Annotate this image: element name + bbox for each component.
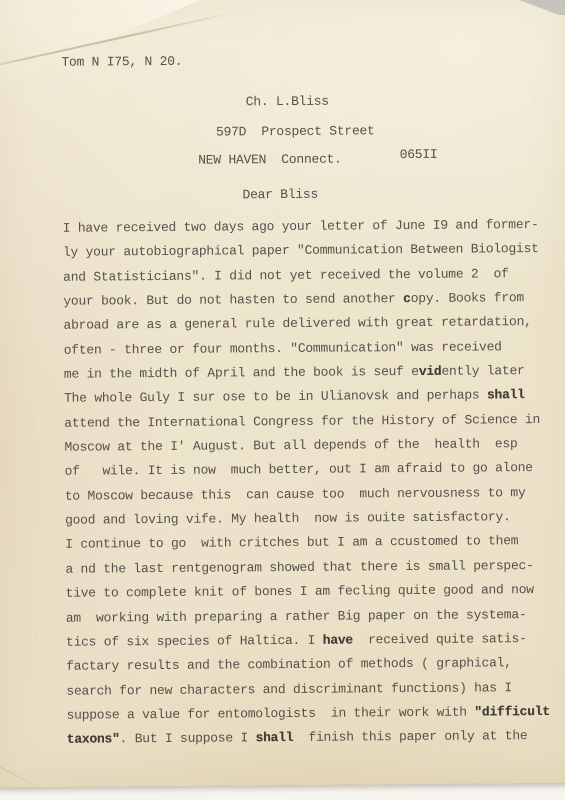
letter-line-segment: your book. But do not hasten to send ano… [63,291,403,309]
letter-line: I continue to go with critches but I am … [65,529,565,557]
letter-line-segment: suppose a value for entomologists in the… [67,704,475,722]
letter-line-segment: often - three or four months. "Communica… [64,339,502,357]
recipient-zip: 065II [400,147,438,162]
letter-line: ly your autobiographical paper "Communic… [63,237,563,265]
letter-line-segment: . But I suppose I [120,730,256,746]
letter-line-segment: a nd the last rentgenogram showed that t… [65,558,533,577]
letter-line-segment: am working with preparing a rather Big p… [66,607,527,626]
letter-line-segment: to Moscow because this can cause too muc… [65,485,526,504]
letter-line: The whole Guly I sur ose to be in Uliano… [64,383,564,411]
letter-line-segment: tive to complete knit of bones I am fecl… [66,582,534,601]
letter-line-segment: The whole Guly I sur ose to be in Uliano… [64,388,487,406]
letter-line: am working with preparing a rather Big p… [66,602,565,630]
letter-line: taxons". But I suppose I shall finish th… [67,724,565,752]
letter-line-heavy-segment: taxons" [67,732,120,747]
letter-line: abroad are as a general rule delivered w… [63,310,563,338]
letter-line-heavy-segment: have [323,632,353,647]
letter-line-heavy-segment: "difficult [474,704,550,720]
letter-line-segment: received quite satis- [353,631,527,647]
letter-line-segment: finish this paper only at the [293,728,527,745]
letter-line: factary results and the combination of m… [66,651,565,679]
recipient-city-line: NEW HAVEN Connect.065II [198,151,437,168]
scanned-letter-page: Tom N I75, N 20. Ch. L.Bliss 597D Prospe… [0,0,565,800]
letter-line: search for new characters and discrimina… [66,675,565,703]
salutation: Dear Bliss [242,187,318,203]
recipient-street: 597D Prospect Street [216,123,375,139]
letter-body: I have received two days ago your letter… [63,213,565,752]
letter-line-segment: I continue to go with critches but I am … [65,534,518,553]
letter-line-heavy-segment: vid [419,364,442,379]
letter-line-segment: Moscow at the I' August. But all depends… [64,436,517,455]
letter-line-segment: search for new characters and discrimina… [66,680,512,698]
letter-line: of wile. It is now much better, out I am… [65,456,565,484]
recipient-city: NEW HAVEN Connect. [198,152,342,168]
letter-line-segment: I have received two days ago your letter… [63,217,539,236]
letter-line-heavy-segment: shall [255,730,293,745]
letter-line-segment: ly your autobiographical paper "Communic… [63,241,539,260]
letter-line-segment: me in the midth of April and the book is… [64,364,419,382]
letter-line: tive to complete knit of bones I am fecl… [66,578,565,606]
letter-line-segment: attend the International Congress for th… [64,412,540,431]
letter-line-segment: of wile. It is now much better, out I am… [65,460,533,479]
reference-line: Tom N I75, N 20. [61,54,182,70]
letter-line-segment: abroad are as a general rule delivered w… [63,314,531,333]
letter-line-heavy-segment: shall [487,388,525,403]
letter-line-segment: and Statisticians". I did not yet receiv… [63,266,509,284]
letter-line-segment: opy. Books from [411,290,524,306]
letter-line-segment: ently later [441,363,524,379]
letter-content: Tom N I75, N 20. Ch. L.Bliss 597D Prospe… [0,0,565,787]
letter-line-segment: tics of six species of Haltica. I [66,633,323,650]
letter-line-segment: factary results and the combination of m… [66,655,512,673]
letter-paper: Tom N I75, N 20. Ch. L.Bliss 597D Prospe… [0,0,565,787]
letter-line-segment: good and loving vife. My health now is o… [65,509,511,527]
recipient-name: Ch. L.Bliss [246,94,329,110]
